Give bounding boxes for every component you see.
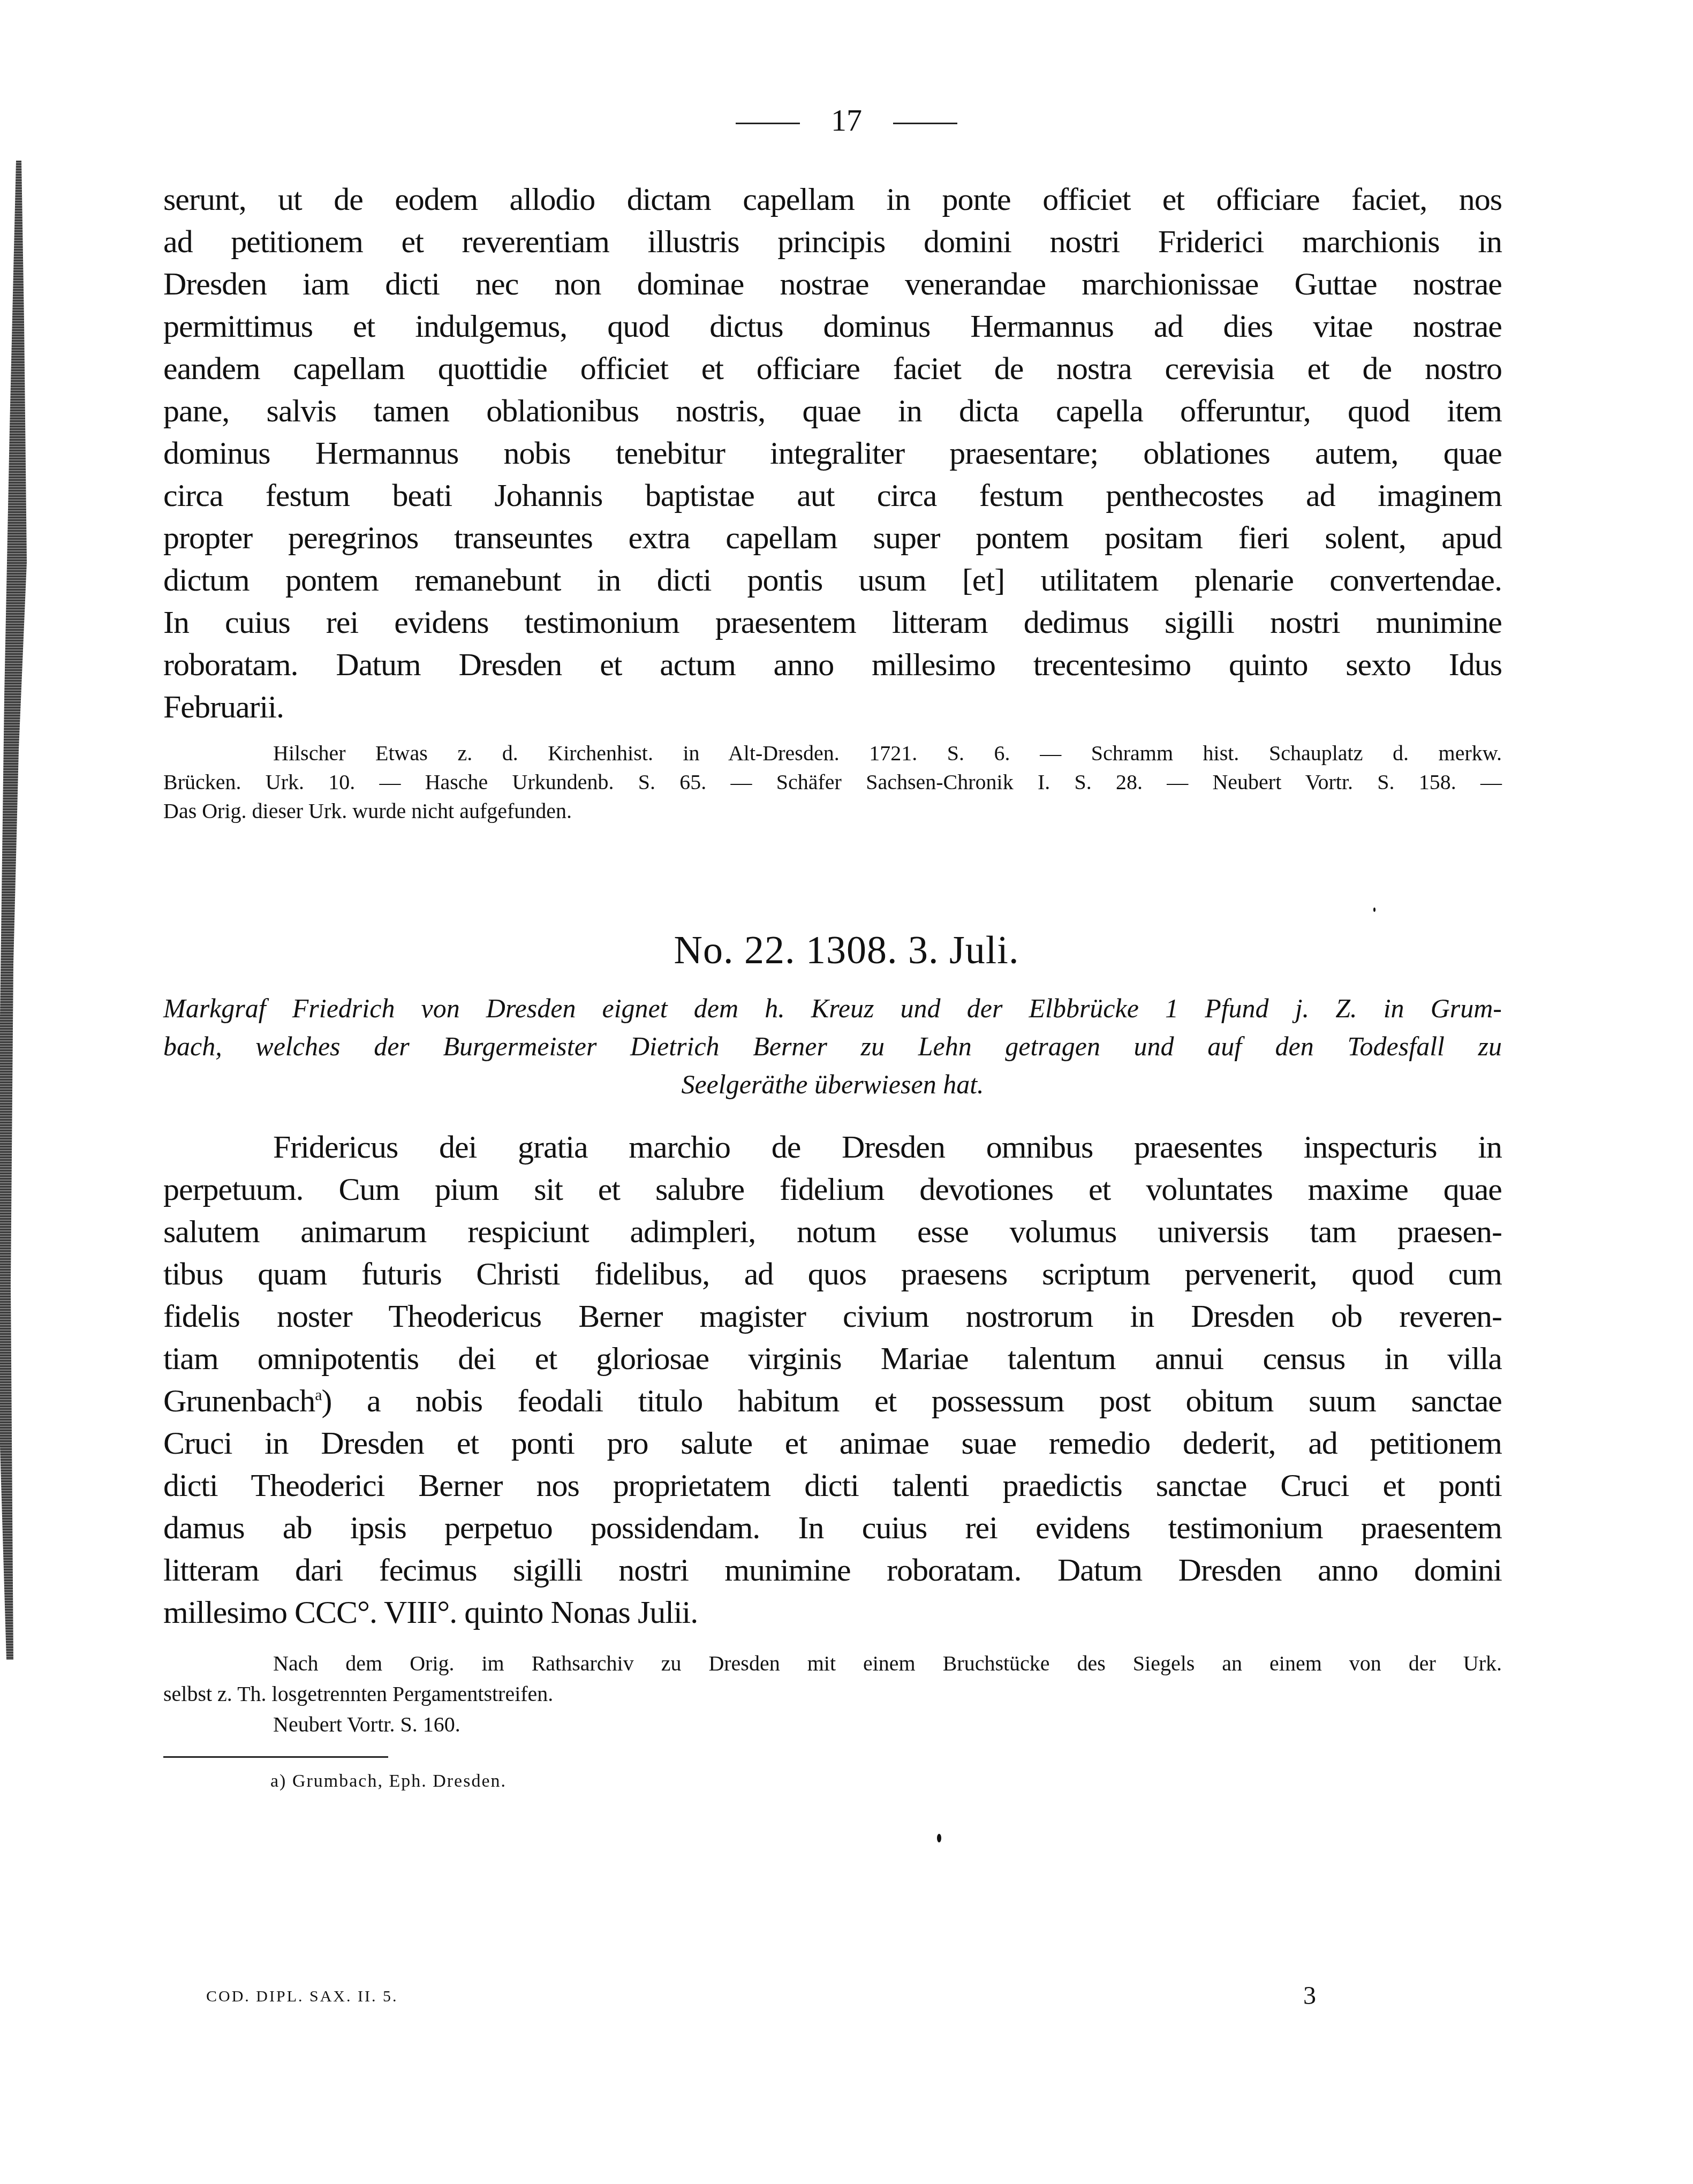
sheet-number: 3 bbox=[1303, 1981, 1316, 2011]
body-line: dominus Hermannus nobis tenebitur integr… bbox=[163, 432, 1502, 474]
body-line: Cruci in Dresden et ponti pro salute et … bbox=[163, 1422, 1502, 1464]
body-line: Fridericus dei gratia marchio de Dresden… bbox=[163, 1126, 1502, 1168]
scanned-page: 17 serunt, ut de eodem allodio dictam ca… bbox=[0, 0, 1693, 2184]
body-line: salutem animarum respiciunt adimpleri, n… bbox=[163, 1211, 1502, 1253]
body-line-with-footnote: Grunenbacha) a nobis feodali titulo habi… bbox=[163, 1380, 1502, 1422]
footnote-rule bbox=[163, 1756, 388, 1758]
edition-note: Neubert Vortr. S. 160. bbox=[163, 1709, 1502, 1740]
scan-speck bbox=[937, 1834, 941, 1842]
running-head: 17 bbox=[0, 104, 1693, 137]
body-line: tibus quam futuris Christi fidelibus, ad… bbox=[163, 1253, 1502, 1295]
reference-line: Hilscher Etwas z. d. Kirchenhist. in Alt… bbox=[163, 739, 1502, 768]
body-line: propter peregrinos transeuntes extra cap… bbox=[163, 517, 1502, 559]
header-rule-right bbox=[893, 123, 957, 124]
body-line: permittimus et indulgemus, quod dictus d… bbox=[163, 305, 1502, 347]
regest-line: Markgraf Friedrich von Dresden eignet de… bbox=[163, 989, 1502, 1027]
printer-signature: COD. DIPL. SAX. II. 5. bbox=[206, 1987, 398, 2006]
regest: Markgraf Friedrich von Dresden eignet de… bbox=[163, 989, 1502, 1104]
body-line: ad petitionem et reverentiam illustris p… bbox=[163, 221, 1502, 263]
source-notes: Nach dem Orig. im Rathsarchiv zu Dresden… bbox=[163, 1648, 1502, 1740]
body-line: Februarii. bbox=[163, 686, 1502, 728]
regest-line: bach, welches der Burgermeister Dietrich… bbox=[163, 1027, 1502, 1065]
previous-document-body: serunt, ut de eodem allodio dictam capel… bbox=[163, 178, 1502, 728]
body-line: Dresden iam dicti nec non dominae nostra… bbox=[163, 263, 1502, 305]
document-body: Fridericus dei gratia marchio de Dresden… bbox=[163, 1126, 1502, 1634]
regest-line: Seelgeräthe überwiesen hat. bbox=[163, 1065, 1502, 1104]
source-note-line: selbst z. Th. losgetrennten Pergamentstr… bbox=[163, 1679, 1502, 1709]
body-line: pane, salvis tamen oblationibus nostris,… bbox=[163, 390, 1502, 432]
body-line: tiam omnipotentis dei et gloriosae virgi… bbox=[163, 1337, 1502, 1380]
line-remainder: ) a nobis feodali titulo habitum et poss… bbox=[322, 1383, 1502, 1418]
body-line: serunt, ut de eodem allodio dictam capel… bbox=[163, 178, 1502, 221]
body-line: circa festum beati Johannis baptistae au… bbox=[163, 474, 1502, 517]
footnote-mark[interactable]: a bbox=[315, 1386, 321, 1404]
previous-document-references: Hilscher Etwas z. d. Kirchenhist. in Alt… bbox=[163, 739, 1502, 826]
source-note-line: Nach dem Orig. im Rathsarchiv zu Dresden… bbox=[163, 1648, 1502, 1679]
body-line: millesimo CCC°. VIII°. quinto Nonas Juli… bbox=[163, 1591, 1502, 1634]
header-rule-left bbox=[736, 123, 800, 124]
page-number: 17 bbox=[831, 103, 862, 138]
reference-line: Das Orig. dieser Urk. wurde nicht aufgef… bbox=[163, 797, 1502, 826]
body-line: litteram dari fecimus sigilli nostri mun… bbox=[163, 1549, 1502, 1591]
place-name: Grunenbach bbox=[163, 1383, 315, 1418]
binding-shadow bbox=[0, 161, 27, 1660]
body-line: In cuius rei evidens testimonium praesen… bbox=[163, 601, 1502, 644]
body-line: damus ab ipsis perpetuo possidendam. In … bbox=[163, 1507, 1502, 1549]
reference-line: Brücken. Urk. 10. — Hasche Urkundenb. S.… bbox=[163, 768, 1502, 797]
body-line: roboratam. Datum Dresden et actum anno m… bbox=[163, 644, 1502, 686]
footnote: a) Grumbach, Eph. Dresden. bbox=[270, 1770, 507, 1793]
body-line: eandem capellam quottidie officiet et of… bbox=[163, 347, 1502, 390]
scan-speck bbox=[1373, 908, 1375, 912]
body-line: dicti Theoderici Berner nos proprietatem… bbox=[163, 1464, 1502, 1507]
document-heading: No. 22. 1308. 3. Juli. bbox=[0, 929, 1693, 972]
body-line: dictum pontem remanebunt in dicti pontis… bbox=[163, 559, 1502, 601]
body-line: perpetuum. Cum pium sit et salubre fidel… bbox=[163, 1168, 1502, 1211]
body-line: fidelis noster Theodericus Berner magist… bbox=[163, 1295, 1502, 1337]
